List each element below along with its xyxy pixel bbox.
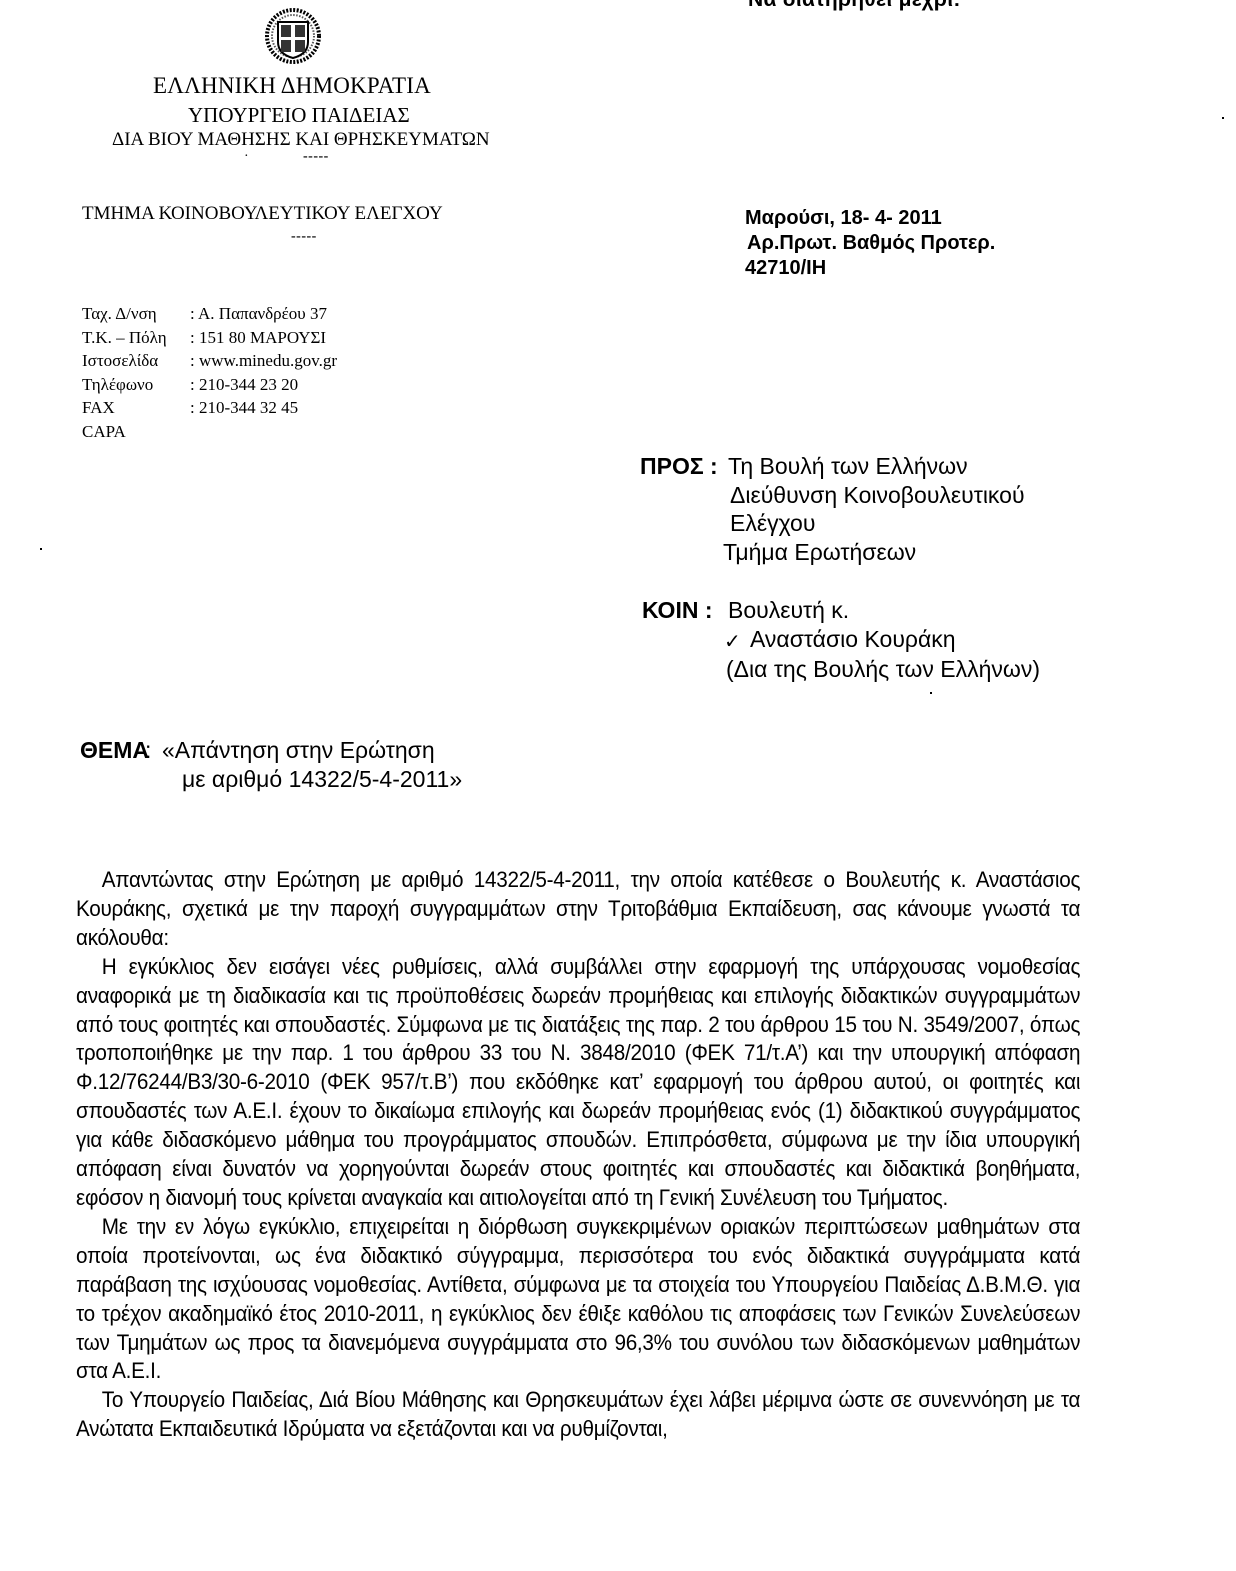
cc-label: ΚΟΙΝ :: [642, 596, 713, 625]
contact-row-website: Ιστοσελίδα : www.minedu.gov.gr: [82, 349, 337, 373]
contact-value: : 151 80 ΜΑΡΟΥΣΙ: [190, 326, 326, 350]
department-name: ΤΜΗΜΑ ΚΟΙΝΟΒΟΥΛΕΥΤΙΚΟΥ ΕΛΕΓΧΟΥ: [82, 203, 443, 225]
letter-body: Απαντώντας στην Ερώτηση με αριθμό 14322/…: [76, 866, 1082, 1444]
ministry-subtitle: ΔΙΑ ΒΙΟΥ ΜΑΘΗΣΗΣ ΚΑΙ ΘΡΗΣΚΕΥΜΑΤΩΝ: [112, 129, 490, 151]
place-date: Μαρούσι, 18- 4- 2011: [745, 206, 995, 231]
protocol-label: Αρ.Πρωτ. Βαθμός Προτερ.: [745, 231, 995, 256]
contact-label: Τ.Κ. – Πόλη: [82, 326, 190, 350]
department-separator: -----: [291, 229, 317, 245]
body-paragraph: Η εγκύκλιος δεν εισάγει νέες ρυθμίσεις, …: [76, 953, 1080, 1213]
subject-line: με αριθμό 14322/5-4-2011»: [182, 766, 462, 793]
to-line: Τμήμα Ερωτήσεων: [723, 538, 916, 567]
contact-row-postcode: Τ.Κ. – Πόλη : 151 80 ΜΑΡΟΥΣΙ: [82, 326, 337, 350]
scan-speck: [40, 548, 42, 550]
body-paragraph: Με την εν λόγω εγκύκλιο, επιχειρείται η …: [76, 1213, 1080, 1386]
contact-value: : Α. Παπανδρέου 37: [190, 302, 327, 326]
cc-line: Βουλευτή κ.: [728, 596, 849, 625]
cc-line: (Δια της Βουλής των Ελλήνων): [726, 655, 1040, 684]
contact-label: Τηλέφωνο: [82, 373, 190, 397]
body-paragraph: Το Υπουργείο Παιδείας, Διά Βίου Μάθησης …: [76, 1386, 1080, 1444]
contact-label: FAX: [82, 396, 190, 420]
scan-speck: [1222, 117, 1224, 119]
subject-line: «Απάντηση στην Ερώτηση: [162, 737, 435, 764]
contact-value: : www.minedu.gov.gr: [190, 349, 337, 373]
contact-row-capa: CAPA: [82, 420, 337, 444]
to-label: ΠΡΟΣ :: [640, 452, 718, 481]
contact-row-fax: FAX : 210-344 32 45: [82, 396, 337, 420]
header-separator: -----: [303, 149, 329, 165]
to-line: Διεύθυνση Κοινοβουλευτικού: [730, 481, 1025, 510]
contact-label: Ταχ. Δ/νση: [82, 302, 190, 326]
contact-row-phone: Τηλέφωνο : 210-344 23 20: [82, 373, 337, 397]
subject-separator: :: [145, 737, 151, 764]
contact-value: : 210-344 32 45: [190, 396, 298, 420]
country-name: ΕΛΛΗΝΙΚΗ ΔΗΜΟΚΡΑΤΙΑ: [153, 73, 431, 99]
body-paragraph: Απαντώντας στην Ερώτηση με αριθμό 14322/…: [76, 866, 1080, 953]
contact-label: Ιστοσελίδα: [82, 349, 190, 373]
date-protocol-block: Μαρούσι, 18- 4- 2011 Αρ.Πρωτ. Βαθμός Προ…: [745, 206, 995, 281]
greek-coat-of-arms-icon: [264, 6, 322, 66]
to-line: Τη Βουλή των Ελλήνων: [728, 452, 968, 481]
speck: ·: [244, 149, 249, 165]
to-line: Ελέγχου: [730, 509, 815, 538]
cc-line: Αναστάσιο Κουράκη: [736, 625, 956, 654]
scan-speck: [930, 692, 932, 694]
ministry-name: ΥΠΟΥΡΓΕΙΟ ΠΑΙΔΕΙΑΣ: [188, 103, 410, 128]
contact-label: CAPA: [82, 420, 190, 444]
retention-note: Να διατηρηθεί μέχρι:: [748, 0, 961, 12]
contact-value: : 210-344 23 20: [190, 373, 298, 397]
subject-label: ΘΕΜΑ: [80, 737, 149, 764]
contact-block: Ταχ. Δ/νση : Α. Παπανδρέου 37 Τ.Κ. – Πόλ…: [82, 302, 337, 444]
contact-row-address: Ταχ. Δ/νση : Α. Παπανδρέου 37: [82, 302, 337, 326]
protocol-number: 42710/ΙΗ: [745, 256, 995, 281]
